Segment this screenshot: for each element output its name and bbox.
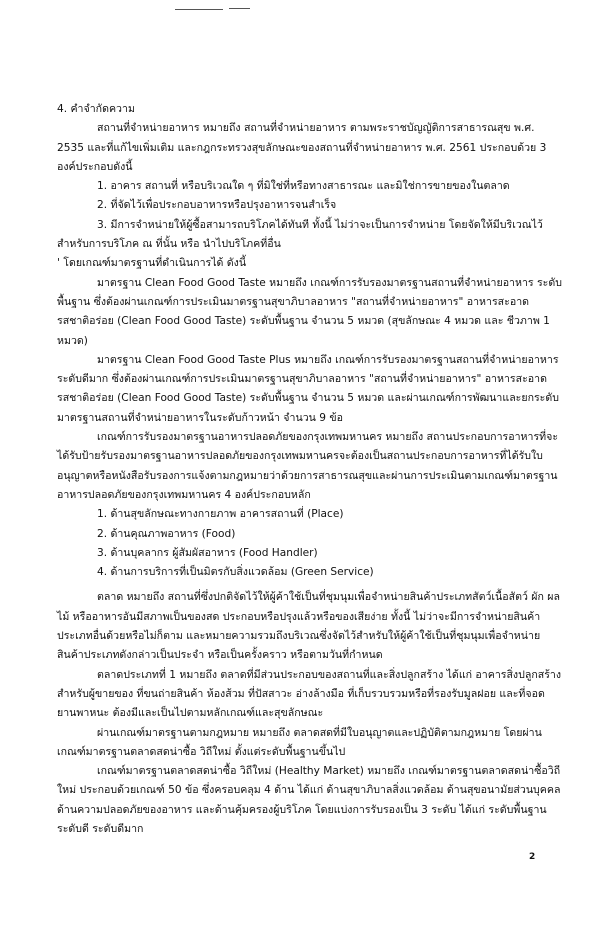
- section-heading: 4. คำจำกัดความ: [57, 100, 562, 119]
- list-item: 4. ด้านการบริการที่เป็นมิตรกับสิ่งแวดล้อ…: [57, 563, 562, 582]
- list-item: 2. ที่จัดไว้เพื่อประกอบอาหารหรือปรุงอาหา…: [57, 196, 562, 215]
- criteria-note: ' โดยเกณฑ์มาตรฐานที่ดำเนินการได้ ดังนี้: [57, 254, 562, 273]
- list-item: 2. ด้านคุณภาพอาหาร (Food): [57, 525, 562, 544]
- paragraph-market: ตลาด หมายถึง สถานที่ซึ่งปกติจัดไว้ให้ผู้…: [57, 588, 562, 665]
- scan-mark-right: [229, 8, 250, 9]
- paragraph-healthy-market: เกณฑ์มาตรฐานตลาดสดน่าซื้อ วิถีใหม่ (Heal…: [57, 762, 562, 839]
- document-page: 4. คำจำกัดความ สถานที่จำหน่ายอาหาร หมายถ…: [57, 100, 562, 839]
- scan-mark-left: [175, 9, 223, 10]
- paragraph-cfgt-plus: มาตรฐาน Clean Food Good Taste Plus หมายถ…: [57, 351, 562, 428]
- paragraph-market-type1: ตลาดประเภทที่ 1 หมายถึง ตลาดที่มีส่วนประ…: [57, 666, 562, 724]
- list-item: 3. มีการจำหน่ายให้ผู้ซื้อสามารถบริโภคได้…: [57, 216, 562, 255]
- paragraph-cfgt: มาตรฐาน Clean Food Good Taste หมายถึง เก…: [57, 274, 562, 351]
- list-item: 1. ด้านสุขลักษณะทางกายภาพ อาคารสถานที่ (…: [57, 505, 562, 524]
- paragraph-bma-safe-food: เกณฑ์การรับรองมาตรฐานอาหารปลอดภัยของกรุง…: [57, 428, 562, 505]
- paragraph-legal-standard: ผ่านเกณฑ์มาตรฐานตามกฎหมาย หมายถึง ตลาดสด…: [57, 724, 562, 763]
- list-item: 3. ด้านบุคลากร ผู้สัมผัสอาหาร (Food Hand…: [57, 544, 562, 563]
- list-item: 1. อาคาร สถานที่ หรือบริเวณใด ๆ ที่มิใช่…: [57, 177, 562, 196]
- page-number: 2: [529, 852, 535, 862]
- paragraph-food-establishment: สถานที่จำหน่ายอาหาร หมายถึง สถานที่จำหน่…: [57, 119, 562, 177]
